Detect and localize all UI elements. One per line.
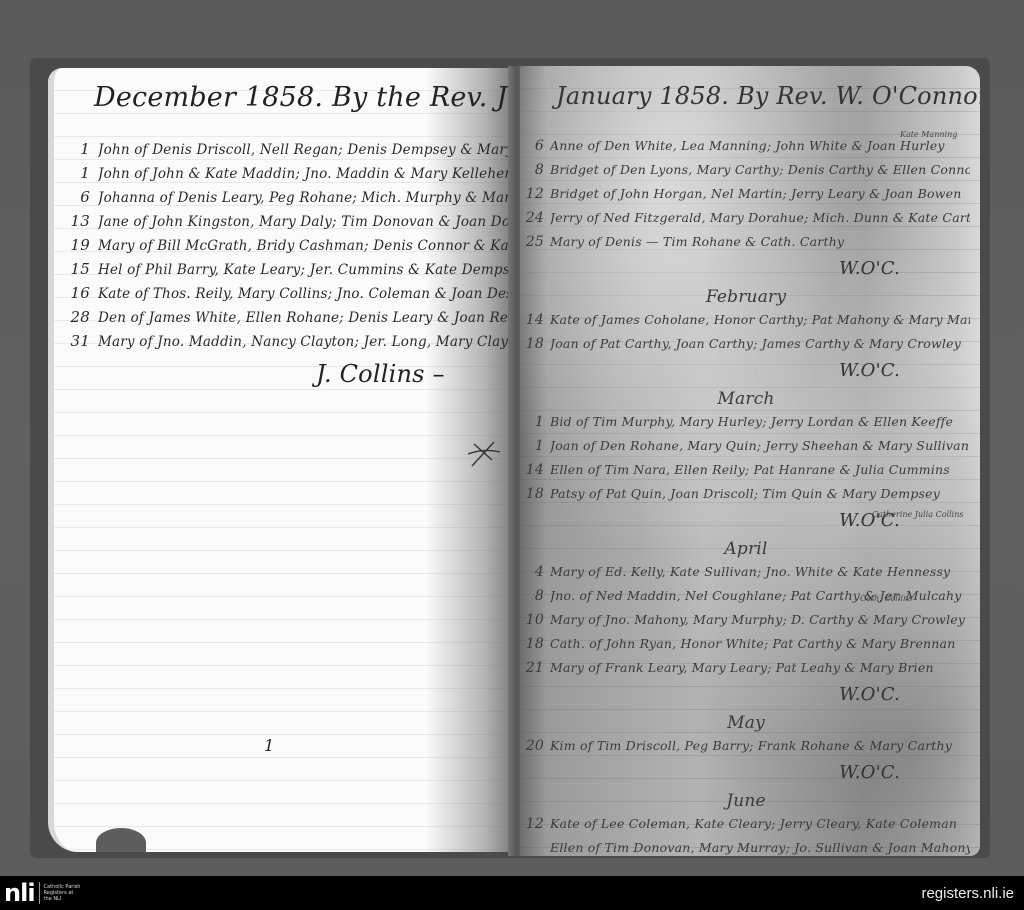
- entry-day: 10: [522, 612, 550, 628]
- entry-day: 13: [64, 212, 98, 230]
- brand-text-line: the NLI: [44, 896, 84, 902]
- entry-day: 1: [522, 438, 550, 454]
- priest-signature: J. Collins –: [316, 360, 445, 388]
- priest-initials: W.O'C.: [522, 762, 970, 786]
- entry-day: 25: [522, 234, 550, 250]
- right-page-heading: January 1858. By Rev. W. O'Connor.: [556, 82, 980, 110]
- register-entry: 15Hel of Phil Barry, Kate Leary; Jer. Cu…: [64, 260, 508, 284]
- month-heading: February: [522, 282, 970, 312]
- register-entry: 21Mary of Frank Leary, Mary Leary; Pat L…: [522, 660, 970, 684]
- left-page: December 1858. By the Rev. J. Collins – …: [48, 68, 518, 852]
- register-entry: 1Joan of Den Rohane, Mary Quin; Jerry Sh…: [522, 438, 970, 462]
- entry-text: Mary of Jno. Mahony, Mary Murphy; D. Car…: [550, 612, 970, 627]
- entry-day: 24: [522, 210, 550, 226]
- register-entry: 1John of Denis Driscoll, Nell Regan; Den…: [64, 140, 508, 164]
- entry-day: 18: [522, 636, 550, 652]
- month-heading: May: [522, 708, 970, 738]
- register-entry: 14Ellen of Tim Nara, Ellen Reily; Pat Ha…: [522, 462, 970, 486]
- entry-text: Mary of Frank Leary, Mary Leary; Pat Lea…: [550, 660, 970, 675]
- register-entry: 12Kate of Lee Coleman, Kate Cleary; Jerr…: [522, 816, 970, 840]
- entry-text: Jerry of Ned Fitzgerald, Mary Dorahue; M…: [550, 210, 970, 225]
- entry-text: Johanna of Denis Leary, Peg Rohane; Mich…: [98, 190, 508, 206]
- entry-day: 21: [522, 660, 550, 676]
- entry-day: 16: [64, 284, 98, 302]
- entry-day: 14: [522, 462, 550, 478]
- register-entry: 13Jane of John Kingston, Mary Daly; Tim …: [64, 212, 508, 236]
- register-entry: 1Bid of Tim Murphy, Mary Hurley; Jerry L…: [522, 414, 970, 438]
- priest-initials: W.O'C.: [522, 258, 970, 282]
- entry-text: Patsy of Pat Quin, Joan Driscoll; Tim Qu…: [550, 486, 970, 501]
- page-corner-damage: [96, 828, 146, 852]
- cross-mark-icon: [464, 440, 504, 470]
- left-page-entries: 1John of Denis Driscoll, Nell Regan; Den…: [64, 140, 508, 356]
- entry-text: Kim of Tim Driscoll, Peg Barry; Frank Ro…: [550, 738, 970, 753]
- register-entry: 20Kim of Tim Driscoll, Peg Barry; Frank …: [522, 738, 970, 762]
- register-entry: 12Bridget of John Horgan, Nel Martin; Je…: [522, 186, 970, 210]
- register-entry: 16Kate of Thos. Reily, Mary Collins; Jno…: [64, 284, 508, 308]
- entry-day: 20: [522, 738, 550, 754]
- site-url-link[interactable]: registers.nli.ie: [921, 885, 1024, 902]
- entry-day: 8: [522, 588, 550, 604]
- entry-text: Bridget of John Horgan, Nel Martin; Jerr…: [550, 186, 970, 201]
- entry-text: Bridget of Den Lyons, Mary Carthy; Denis…: [550, 162, 970, 177]
- entry-day: 18: [522, 336, 550, 352]
- nli-logo-icon: nli: [4, 881, 35, 905]
- entry-text: Jno. of Ned Maddin, Nel Coughlane; Pat C…: [550, 588, 970, 603]
- entry-day: 1: [64, 164, 98, 182]
- entry-text: John of Denis Driscoll, Nell Regan; Deni…: [98, 142, 508, 158]
- entry-day: 6: [64, 188, 98, 206]
- brand-divider: [39, 882, 40, 904]
- register-entry: 6Anne of Den White, Lea Manning; John Wh…: [522, 138, 970, 162]
- register-entry: 1John of John & Kate Maddin; Jno. Maddin…: [64, 164, 508, 188]
- entry-day: 6: [522, 138, 550, 154]
- entry-day: 28: [64, 308, 98, 326]
- entry-day: 1: [64, 140, 98, 158]
- register-entry: 25Mary of Denis — Tim Rohane & Cath. Car…: [522, 234, 970, 258]
- month-heading: June: [522, 786, 970, 816]
- register-entry: 28Den of James White, Ellen Rohane; Deni…: [64, 308, 508, 332]
- entry-text: Jane of John Kingston, Mary Daly; Tim Do…: [98, 214, 508, 230]
- entry-text: Kate of James Coholane, Honor Carthy; Pa…: [550, 312, 970, 327]
- entry-text: Den of James White, Ellen Rohane; Denis …: [98, 310, 508, 326]
- entry-text: Joan of Pat Carthy, Joan Carthy; James C…: [550, 336, 970, 351]
- entry-day: 18: [522, 486, 550, 502]
- register-entry: 18Cath. of John Ryan, Honor White; Pat C…: [522, 636, 970, 660]
- register-entry: 10Mary of Jno. Mahony, Mary Murphy; D. C…: [522, 612, 970, 636]
- priest-initials: W.O'C.: [522, 510, 970, 534]
- register-entry: Ellen of Tim Donovan, Mary Murray; Jo. S…: [522, 840, 970, 856]
- entry-text: Mary of Jno. Maddin, Nancy Clayton; Jer.…: [98, 334, 508, 350]
- right-page: January 1858. By Rev. W. O'Connor. Kate …: [520, 66, 980, 856]
- right-page-entries: 6Anne of Den White, Lea Manning; John Wh…: [522, 138, 970, 856]
- entry-text: Mary of Bill McGrath, Bridy Cashman; Den…: [98, 238, 508, 254]
- entry-text: Hel of Phil Barry, Kate Leary; Jer. Cumm…: [98, 262, 508, 278]
- priest-initials: W.O'C.: [522, 684, 970, 708]
- register-entry: 18Joan of Pat Carthy, Joan Carthy; James…: [522, 336, 970, 360]
- entry-text: Mary of Denis — Tim Rohane & Cath. Carth…: [550, 234, 970, 249]
- nli-brand[interactable]: nli Catholic Parish Registers at the NLI: [0, 881, 84, 905]
- month-heading: April: [522, 534, 970, 564]
- register-entry: 18Patsy of Pat Quin, Joan Driscoll; Tim …: [522, 486, 970, 510]
- entry-day: 19: [64, 236, 98, 254]
- entry-text: Kate of Lee Coleman, Kate Cleary; Jerry …: [550, 816, 970, 831]
- brand-text: Catholic Parish Registers at the NLI: [44, 884, 84, 902]
- register-scan: December 1858. By the Rev. J. Collins – …: [0, 0, 1024, 876]
- register-entry: 8Bridget of Den Lyons, Mary Carthy; Deni…: [522, 162, 970, 186]
- entry-text: Joan of Den Rohane, Mary Quin; Jerry She…: [550, 438, 970, 453]
- entry-text: Bid of Tim Murphy, Mary Hurley; Jerry Lo…: [550, 414, 970, 429]
- entry-text: Ellen of Tim Donovan, Mary Murray; Jo. S…: [550, 840, 970, 855]
- register-entry: 24Jerry of Ned Fitzgerald, Mary Dorahue;…: [522, 210, 970, 234]
- entry-day: 1: [522, 414, 550, 430]
- entry-day: 4: [522, 564, 550, 580]
- entry-text: John of John & Kate Maddin; Jno. Maddin …: [98, 166, 508, 182]
- left-page-heading: December 1858. By the Rev. J. Collins –: [94, 82, 518, 113]
- register-entry: 6Johanna of Denis Leary, Peg Rohane; Mic…: [64, 188, 508, 212]
- register-entry: 14Kate of James Coholane, Honor Carthy; …: [522, 312, 970, 336]
- entry-day: 31: [64, 332, 98, 350]
- entry-day: 8: [522, 162, 550, 178]
- entry-text: Mary of Ed. Kelly, Kate Sullivan; Jno. W…: [550, 564, 970, 579]
- entry-day: 12: [522, 816, 550, 832]
- month-heading: March: [522, 384, 970, 414]
- entry-day: 14: [522, 312, 550, 328]
- viewer-footer: nli Catholic Parish Registers at the NLI…: [0, 876, 1024, 910]
- register-entry: 31Mary of Jno. Maddin, Nancy Clayton; Je…: [64, 332, 508, 356]
- register-entry: 19Mary of Bill McGrath, Bridy Cashman; D…: [64, 236, 508, 260]
- entry-text: Ellen of Tim Nara, Ellen Reily; Pat Hanr…: [550, 462, 970, 477]
- entry-text: Kate of Thos. Reily, Mary Collins; Jno. …: [98, 286, 508, 302]
- register-entry: 4Mary of Ed. Kelly, Kate Sullivan; Jno. …: [522, 564, 970, 588]
- priest-initials: W.O'C.: [522, 360, 970, 384]
- stray-ink-mark: 1: [264, 736, 274, 755]
- entry-day: 12: [522, 186, 550, 202]
- register-entry: 8Jno. of Ned Maddin, Nel Coughlane; Pat …: [522, 588, 970, 612]
- entry-text: Cath. of John Ryan, Honor White; Pat Car…: [550, 636, 970, 651]
- entry-day: 15: [64, 260, 98, 278]
- entry-text: Anne of Den White, Lea Manning; John Whi…: [550, 138, 970, 153]
